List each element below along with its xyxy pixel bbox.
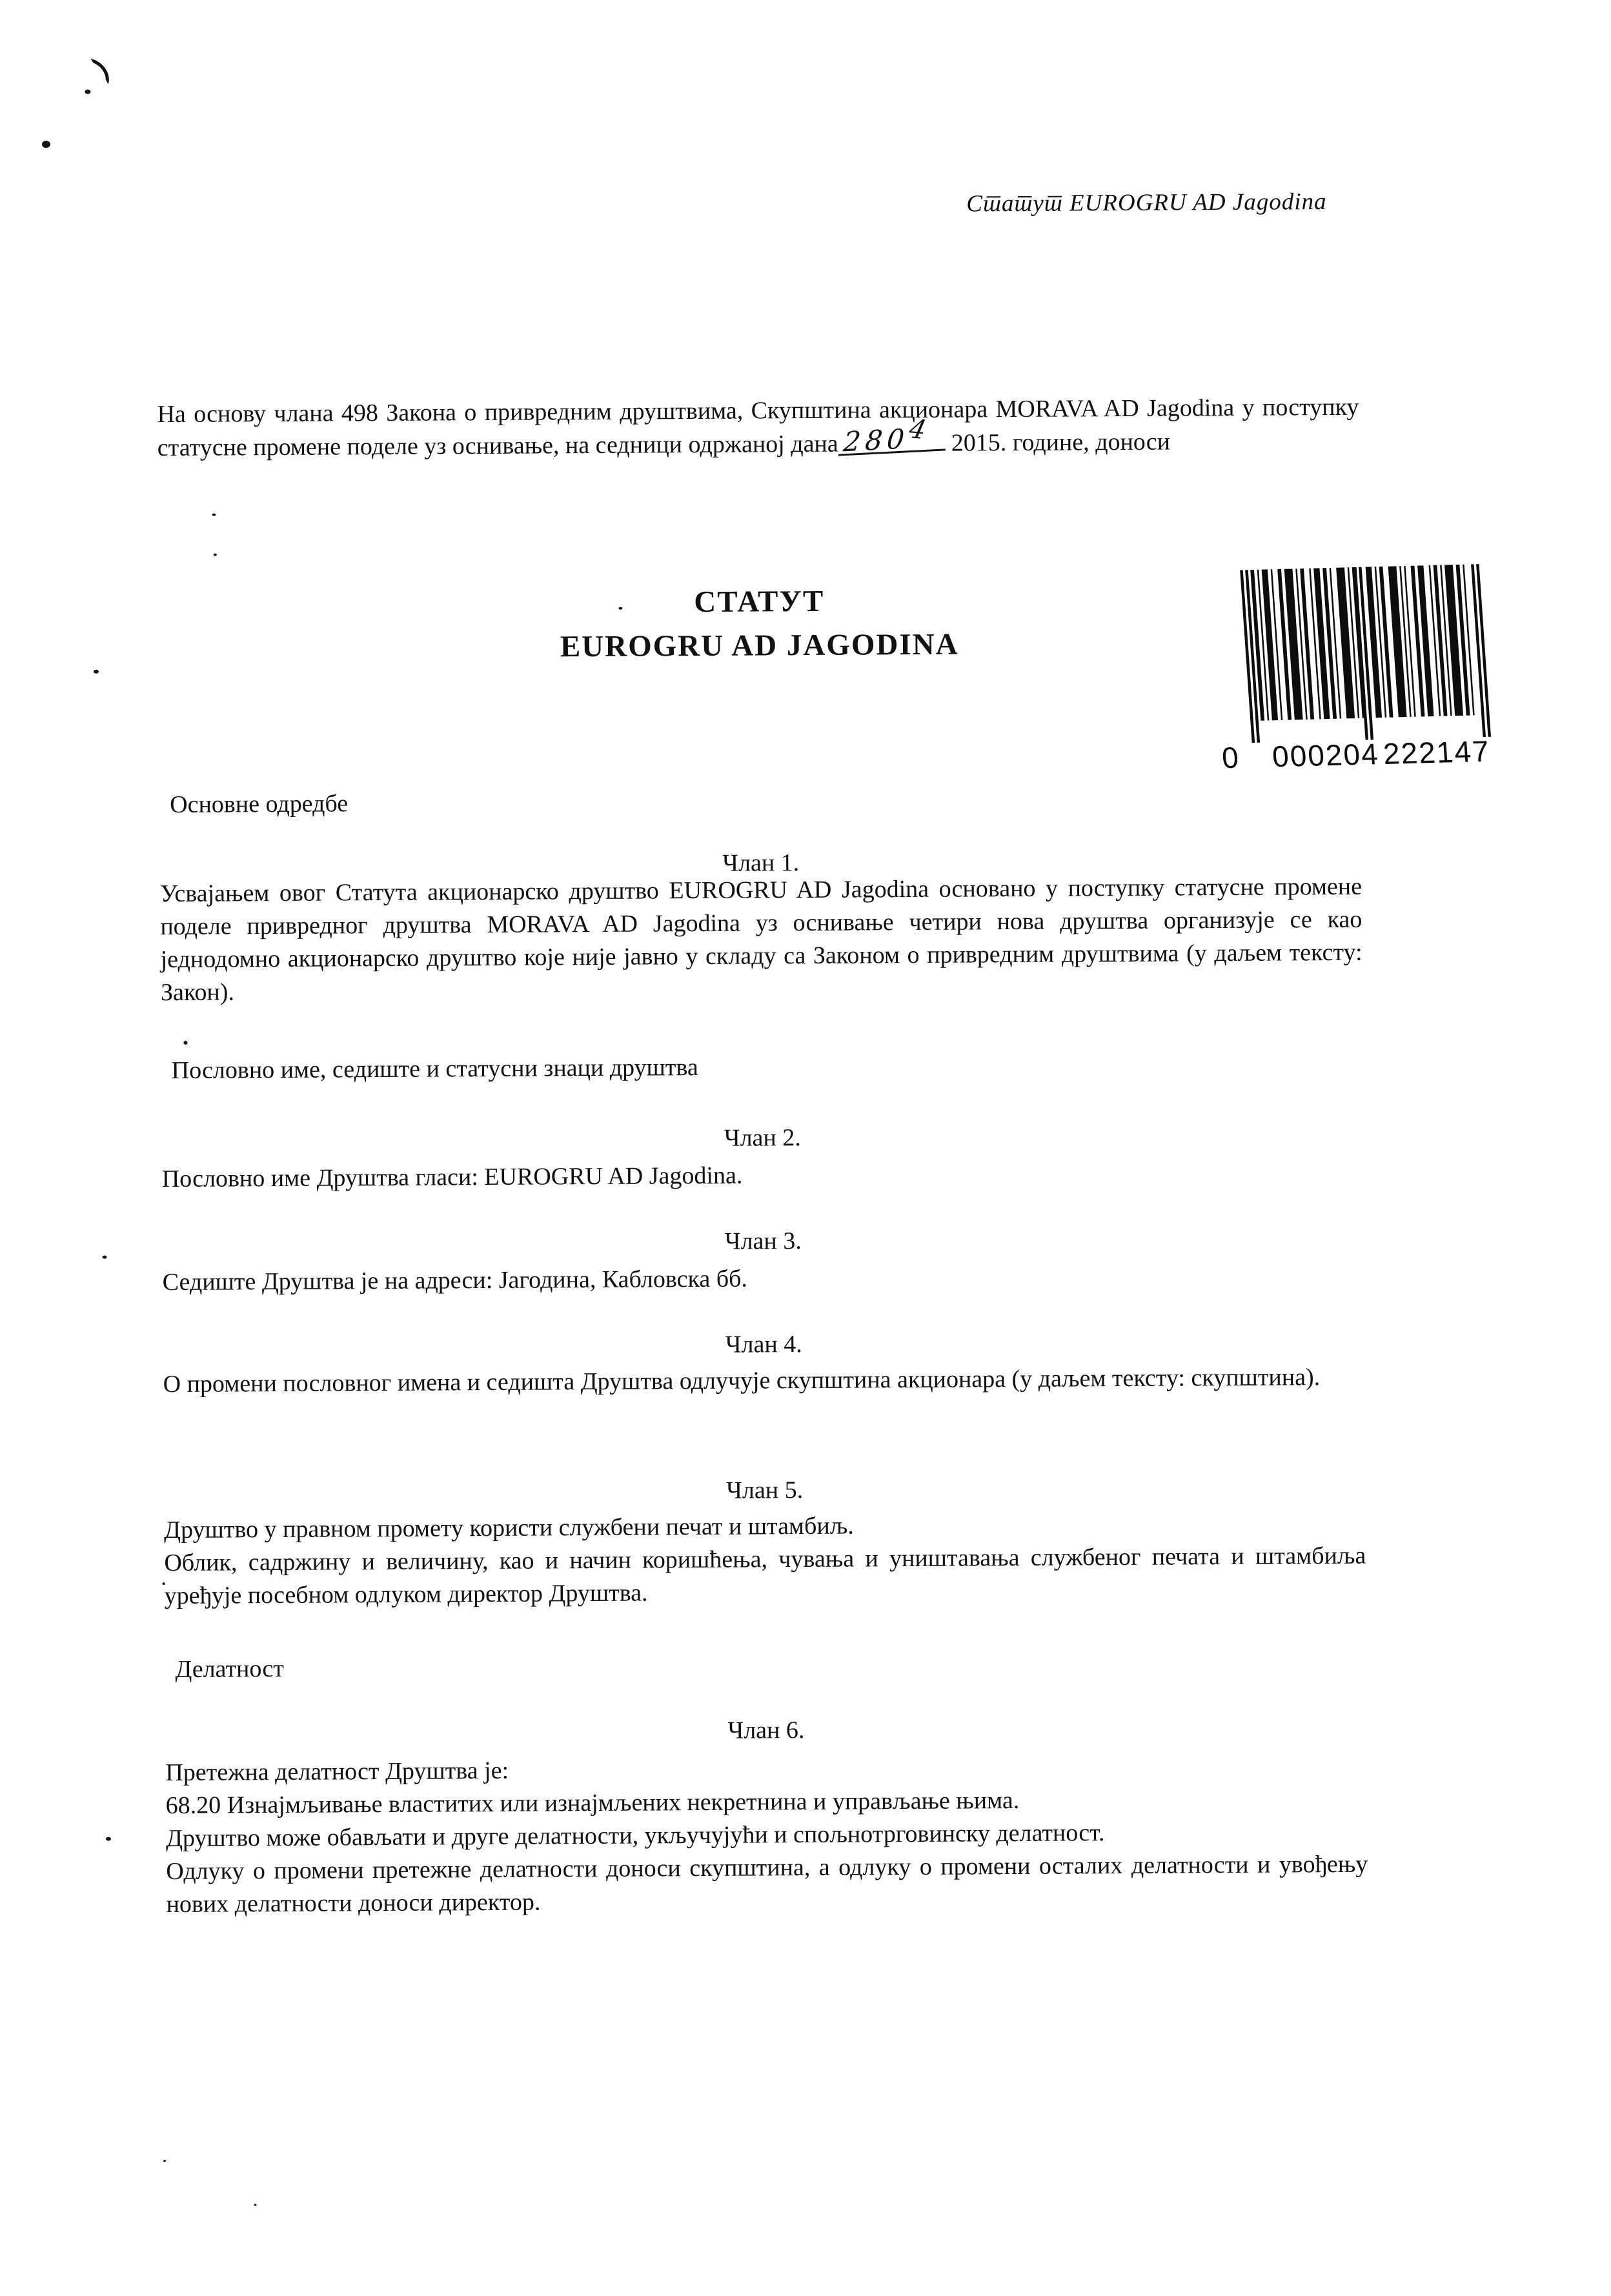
ink-speck (183, 1041, 187, 1045)
ink-speck (106, 1837, 111, 1841)
section-heading-basic-provisions: Основне одредбе (170, 787, 348, 821)
article-3-paragraph: Седиште Друштва је на адреси: Јагодина, … (163, 1259, 1364, 1299)
ink-speck (214, 554, 217, 556)
ink-speck (102, 1256, 106, 1259)
ink-speck (163, 2160, 166, 2162)
article-2-paragraph: Пословно име Друштва гласи: EUROGRU AD J… (162, 1156, 1364, 1196)
article-4-paragraph: О промени пословног имена и седишта Друш… (163, 1361, 1365, 1401)
article-2-title: Члан 2. (161, 1118, 1363, 1158)
intro-text-after-date: 2015. године, доноси (945, 428, 1170, 457)
ink-speck (254, 2204, 256, 2206)
intro-paragraph: На основу члана 498 Закона о привредним … (157, 390, 1359, 465)
article-5-body: Друштво у правном промету користи службе… (164, 1507, 1366, 1613)
handwritten-date-raised: 4 (907, 419, 932, 441)
article-1-body: Усвајањем овог Статута акционарско друшт… (160, 871, 1363, 1009)
section-heading-name-seat: Пословно име, седиште и статусни знаци д… (172, 1051, 698, 1087)
article-4-title: Члан 4. (163, 1325, 1364, 1364)
ink-speck (85, 90, 90, 94)
section-heading-activity: Делатност (175, 1653, 284, 1686)
ink-speck (42, 141, 50, 148)
scanned-document-page: Статут EUROGRU AD Jagodina На основу чла… (0, 0, 1611, 2296)
barcode-bars (1240, 564, 1491, 743)
article-3-title: Члан 3. (162, 1222, 1364, 1261)
article-2-body: Пословно име Друштва гласи: EUROGRU AD J… (162, 1156, 1364, 1196)
article-1-paragraph: Усвајањем овог Статута акционарско друшт… (160, 871, 1363, 1009)
handwritten-date-main: 280 (842, 423, 910, 458)
article-6-title: Члан 6. (165, 1711, 1367, 1750)
barcode-digit-prefix: 0 (1221, 741, 1241, 775)
article-5-paragraph: Облик, садржину и величину, као и начин … (164, 1540, 1366, 1613)
article-4-body: О промени пословног имена и седишта Друш… (163, 1361, 1365, 1401)
barcode-digit-group1: 000204 (1271, 737, 1380, 773)
ink-speck (94, 670, 99, 674)
running-header: Статут EUROGRU AD Jagodina (156, 188, 1326, 223)
article-6-body: Претежна делатност Друштва је: 68.20 Изн… (165, 1749, 1368, 1921)
ink-speck (618, 607, 622, 610)
ink-speck (212, 514, 216, 516)
intro-text-before-date: На основу члана 498 Закона о привредним … (157, 394, 1359, 461)
barcode-digit-group2: 222147 (1382, 734, 1491, 770)
document-title-line2: EUROGRU AD JAGODINA (159, 620, 1361, 671)
handwritten-date: 2804 (838, 427, 947, 456)
document-title: СТАТУТ EUROGRU AD JAGODINA (158, 576, 1361, 671)
ink-speck (163, 1582, 165, 1585)
article-5-title: Члан 5. (164, 1471, 1366, 1510)
article-3-body: Седиште Друштва је на адреси: Јагодина, … (163, 1259, 1364, 1299)
ink-speck (86, 59, 114, 85)
article-6-paragraph: Одлуку о промени претежне делатности дон… (166, 1848, 1368, 1921)
barcode: 0 000204 222147 (1231, 564, 1497, 772)
document-title-line1: СТАТУТ (158, 576, 1360, 627)
scan-content: Статут EUROGRU AD Jagodina На основу чла… (0, 0, 1611, 2296)
